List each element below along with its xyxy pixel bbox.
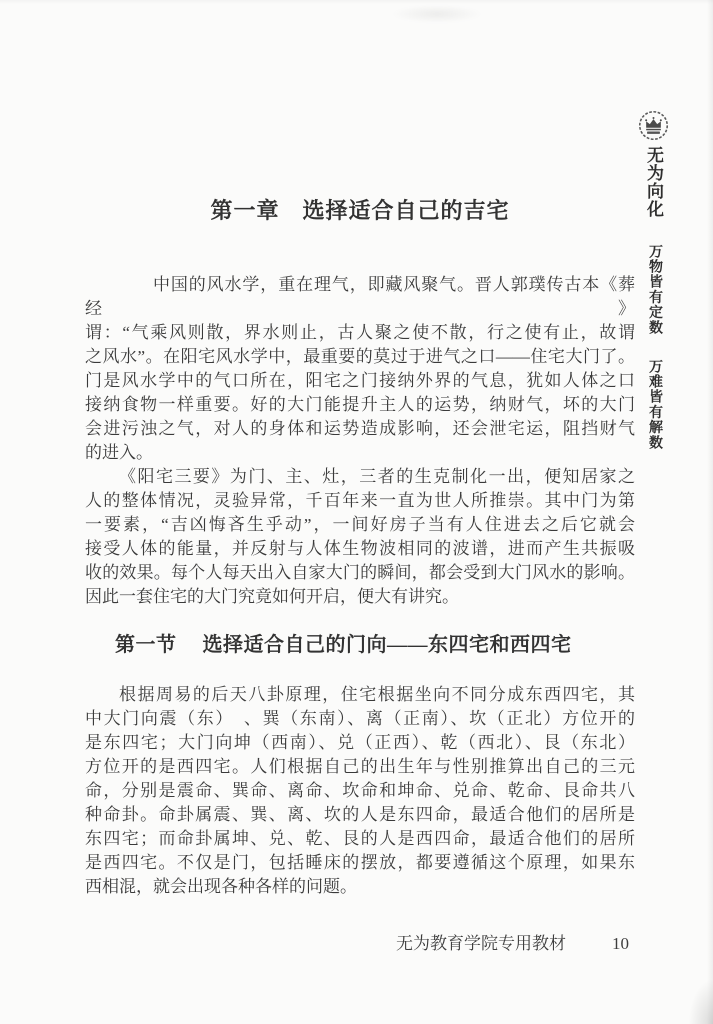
sidebar-brand-text: 无为向化	[641, 146, 666, 218]
text-line: 门是风水学中的气口所在，阳宅之门接纳外界的气息，犹如人体之口	[85, 369, 635, 393]
text-line: 中国的风水学，重在理气，即藏风聚气。晋人郭璞传古本《葬经》	[85, 273, 635, 321]
text-line: 一要素，“吉凶悔吝生乎动”，一间好房子当有人住进去之后它就会	[85, 513, 635, 537]
footer-series-text: 无为教育学院专用教材	[396, 932, 566, 956]
paragraph-intro-2: 《阳宅三要》为门、主、灶，三者的生克制化一出，便知居家之人的整体情况，灵验异常，…	[85, 465, 635, 609]
text-line: 是东四宅；大门向坤（西南）、兑（正西）、乾（西北）、艮（东北）	[85, 731, 635, 755]
text-line: 之风水”。在阳宅风水学中，最重要的莫过于进气之口——住宅大门了。	[85, 345, 635, 369]
section-title: 第一节 选择适合自己的门向——东四宅和西四宅	[85, 631, 635, 659]
text-line: 因此一套住宅的大门究竟如何开启，便大有讲究。	[85, 585, 635, 609]
scanned-book-page: 第一章 选择适合自己的吉宅 中国的风水学，重在理气，即藏风聚气。晋人郭璞传古本《…	[0, 0, 713, 1024]
text-line: 《阳宅三要》为门、主、灶，三者的生克制化一出，便知居家之	[85, 465, 635, 489]
scan-artifact-right-edge	[707, 0, 713, 1024]
sidebar-motto-1: 万物皆有定数	[644, 244, 664, 335]
text-line: 东四宅；而命卦属坤、兑、乾、艮的人是西四命，最适合他们的居所	[85, 827, 635, 851]
paragraph-intro-1: 中国的风水学，重在理气，即藏风聚气。晋人郭璞传古本《葬经》谓：“气乘风则散，界水…	[85, 273, 635, 465]
text-line: 收的效果。每个人每天出入自家大门的瞬间，都会受到大门风水的影响。	[85, 561, 635, 585]
text-line: 会进污浊之气，对人的身体和运势造成影响，还会泄宅运，阻挡财气	[85, 417, 635, 441]
text-line: 谓：“气乘风则散，界水则止，古人聚之使不散，行之使有止，故谓	[85, 321, 635, 345]
text-line: 方位开的是西四宅。人们根据自己的出生年与性别推算出自己的三元	[85, 755, 635, 779]
text-line: 接受人体的能量，并反射与人体生物波相同的波谱，进而产生共振吸	[85, 537, 635, 561]
text-line: 是西四宅。不仅是门，包括睡床的摆放，都要遵循这个原理，如果东	[85, 851, 635, 875]
text-line: 接纳食物一样重要。好的大门能提升主人的运势，纳财气，坏的大门	[85, 393, 635, 417]
text-line: 西相混，就会出现各种各样的问题。	[85, 875, 635, 899]
page-footer: 无为教育学院专用教材 10	[85, 932, 635, 956]
text-line: 命，分别是震命、巽命、离命、坎命和坤命、兑命、乾命、艮命共八	[85, 779, 635, 803]
text-line: 的进入。	[85, 441, 635, 465]
text-line: 人的整体情况，灵验异常，千百年来一直为世人所推崇。其中门为第	[85, 489, 635, 513]
text-line: 根据周易的后天八卦原理，住宅根据坐向不同分成东西四宅，其	[85, 683, 635, 707]
paragraph-section-1: 根据周易的后天八卦原理，住宅根据坐向不同分成东西四宅，其中大门向震（东） 、巽（…	[85, 683, 635, 899]
text-line: 中大门向震（东） 、巽（东南）、离（正南）、坎（正北）方位开的	[85, 707, 635, 731]
scan-artifact-corner	[689, 980, 713, 1024]
main-text-column: 第一章 选择适合自己的吉宅 中国的风水学，重在理气，即藏风聚气。晋人郭璞传古本《…	[85, 0, 635, 1024]
crown-icon	[637, 109, 670, 142]
crown-laurel-emblem-icon	[637, 109, 670, 142]
text-line: 种命卦。命卦属震、巽、离、坎的人是东四命，最适合他们的居所是	[85, 803, 635, 827]
sidebar-motto-2: 万难皆有解数	[644, 359, 664, 450]
chapter-title: 第一章 选择适合自己的吉宅	[85, 196, 635, 226]
page-number: 10	[612, 932, 629, 956]
